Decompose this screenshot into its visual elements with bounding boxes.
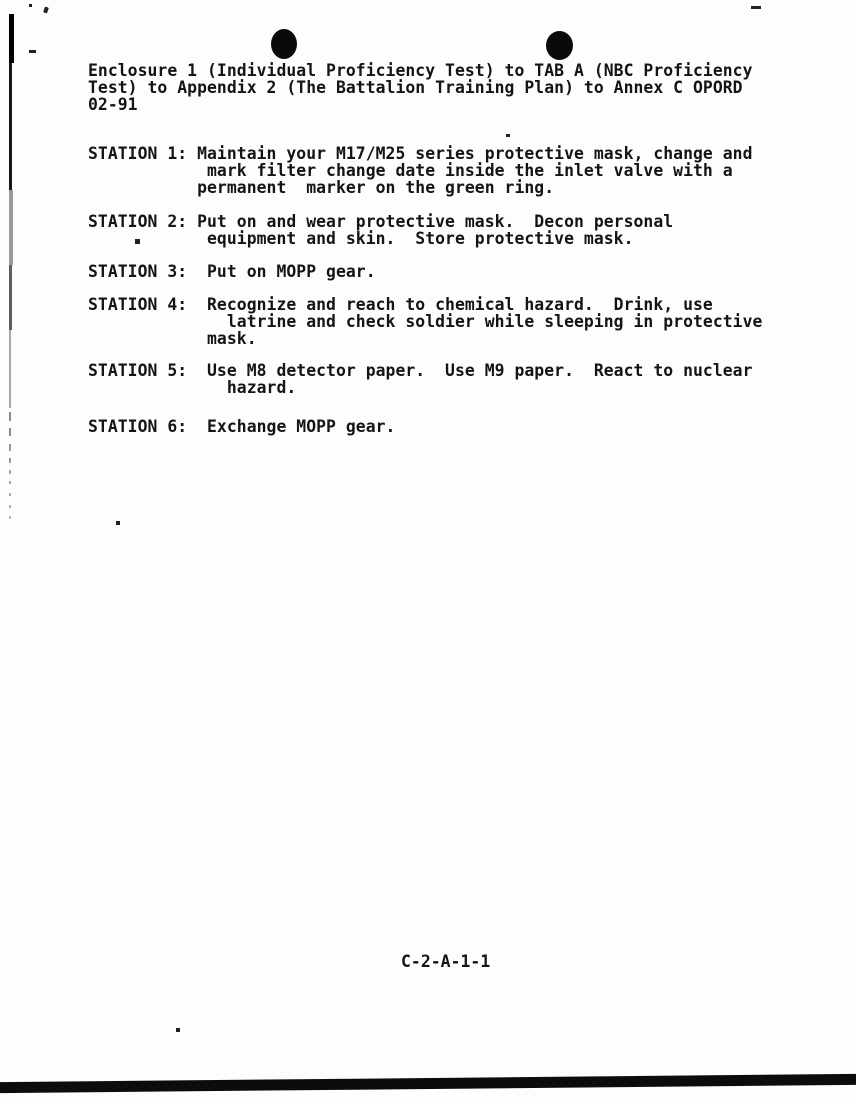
scan-speck bbox=[43, 6, 49, 13]
hole-punch-dot-left bbox=[271, 29, 297, 59]
station-6-text: STATION 6: Exchange MOPP gear. bbox=[88, 418, 395, 435]
hole-punch-dot-right bbox=[546, 31, 573, 60]
page-edge-line bbox=[9, 481, 11, 484]
page-edge-line bbox=[9, 63, 12, 190]
station-1-text: STATION 1: Maintain your M17/M25 series … bbox=[88, 145, 753, 196]
scan-speck bbox=[751, 6, 761, 9]
page-edge-line bbox=[9, 470, 11, 474]
scan-speck bbox=[116, 521, 120, 525]
document-header: Enclosure 1 (Individual Proficiency Test… bbox=[88, 62, 753, 113]
page-edge-line bbox=[9, 330, 11, 408]
station-4-text: STATION 4: Recognize and reach to chemic… bbox=[88, 296, 762, 347]
page-edge-line bbox=[9, 428, 11, 436]
scan-speck bbox=[29, 4, 32, 7]
station-3-text: STATION 3: Put on MOPP gear. bbox=[88, 263, 376, 280]
scan-edge-bar bbox=[0, 1074, 856, 1093]
page-number: C-2-A-1-1 bbox=[401, 953, 490, 970]
page-edge-line bbox=[9, 265, 12, 330]
page-edge-line bbox=[9, 458, 11, 463]
page-edge-line bbox=[9, 505, 11, 508]
station-5-text: STATION 5: Use M8 detector paper. Use M9… bbox=[88, 362, 753, 396]
page-edge-line bbox=[9, 190, 13, 265]
station-2-text: STATION 2: Put on and wear protective ma… bbox=[88, 213, 673, 247]
document-page: Enclosure 1 (Individual Proficiency Test… bbox=[0, 0, 856, 1104]
scan-speck bbox=[29, 50, 36, 53]
scan-speck bbox=[506, 134, 510, 137]
page-edge-line bbox=[9, 444, 11, 451]
page-edge-line bbox=[9, 516, 11, 519]
page-edge-line bbox=[9, 14, 14, 63]
page-edge-line bbox=[9, 412, 11, 421]
scan-speck bbox=[176, 1028, 180, 1032]
page-edge-line bbox=[9, 493, 11, 496]
